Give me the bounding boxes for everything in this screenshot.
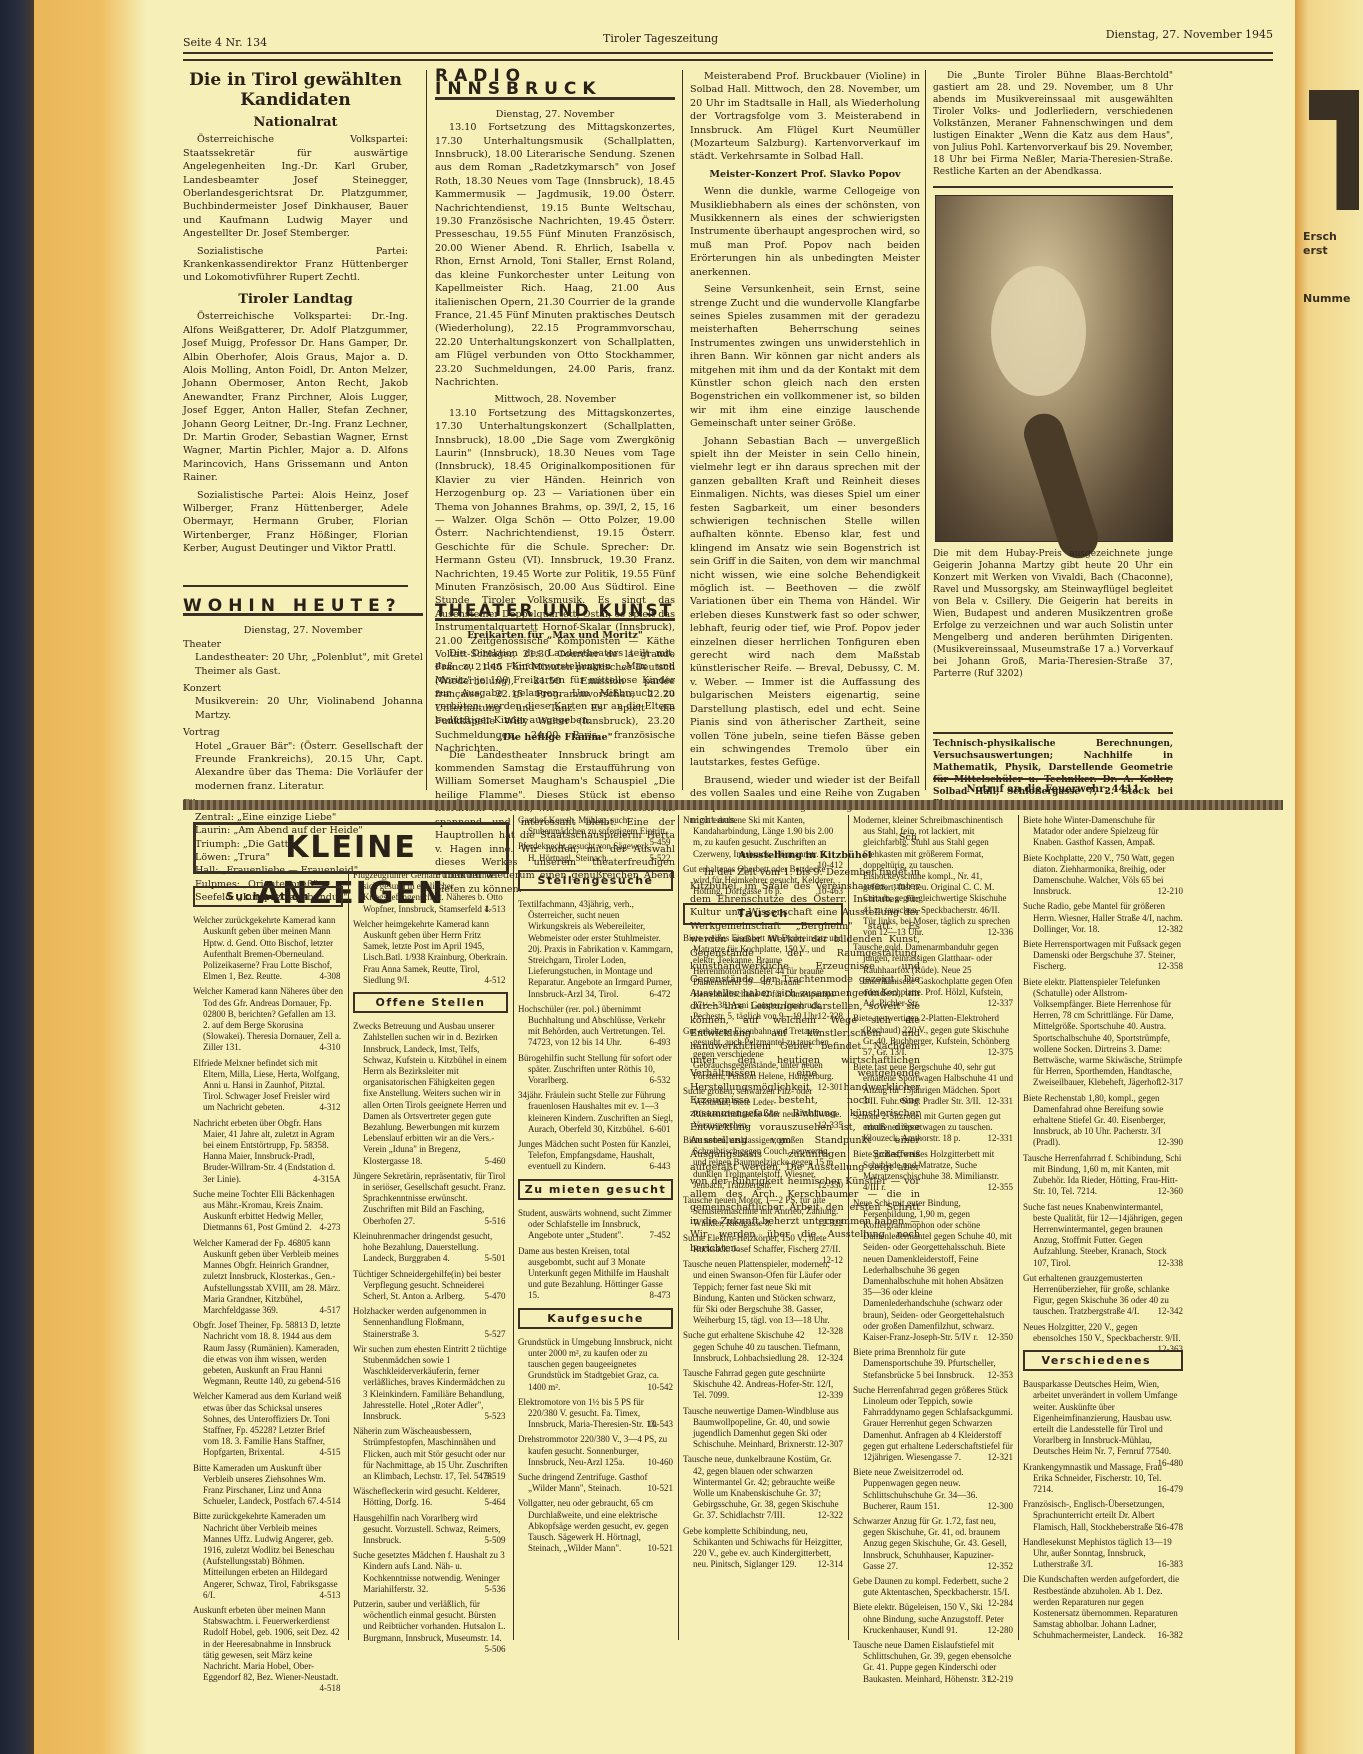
nationalrat-ovp: Österreichische Volkspartei: Staatssekre…	[183, 133, 408, 240]
classified-ad: Elfriede Melxner befindet sich mit Elter…	[193, 1058, 343, 1114]
classified-ad: Student, auswärts wohnend, sucht Zimmer …	[518, 1208, 673, 1242]
page-edge	[34, 0, 146, 1754]
classified-ad: Biete neuwertigen 2-Platten-Elektroherd …	[853, 1013, 1013, 1058]
classified-ad: Welcher zurückgekehrte Kamerad kann Ausk…	[193, 915, 343, 982]
classified-ad: Französisch-, Englisch-Übersetzungen, Sp…	[1023, 1499, 1183, 1533]
header-rule	[183, 52, 1273, 61]
landtag-ovp: Österreichische Volkspartei: Dr.-Ing. Al…	[183, 310, 408, 484]
classified-ad: Welcher Kamerad der Fp. 46805 kann Ausku…	[193, 1238, 343, 1316]
masthead-letter	[1309, 90, 1359, 210]
column-divider	[513, 815, 514, 1640]
classified-ad: Drehstrommotor 220/380 V., 3—4 PS, zu ka…	[518, 1434, 673, 1468]
classified-ad: Welcher Kamerad aus dem Kurland weiß etw…	[193, 1391, 343, 1458]
classified-ad: Tausche neuen Motor, 1—2 PS, für alte Sc…	[683, 1195, 843, 1229]
column-divider	[848, 815, 849, 1640]
emergency-number: Notruf an die Feuerwehr: 4411	[933, 783, 1173, 796]
section-box: Zu mieten gesucht	[518, 1179, 673, 1200]
classified-ad: Suche dringend Zentrifuge. Gasthof „Wild…	[518, 1472, 673, 1494]
classified-ad: Bausparkasse Deutsches Heim, Wien, arbei…	[1023, 1379, 1183, 1457]
section-box: Kaufgesuche	[518, 1308, 673, 1329]
classified-ad: Vollgatter, neu oder gebraucht, 65 cm Du…	[518, 1498, 673, 1554]
classified-ad: Biete Herrensportwagen mit Fußsack gegen…	[1023, 939, 1183, 973]
wohin-section-text: Landestheater: 20 Uhr, „Polenblut", mit …	[183, 651, 423, 678]
candidates-title: Die in Tirol gewählten Kandidaten	[183, 70, 408, 110]
column-divider	[682, 70, 683, 790]
ads-column-stellengesuche: Gasthof Koreth, Mühlau, sucht Stubenmädc…	[518, 815, 673, 1558]
popov-paragraph: Seine Versunkenheit, sein Ernst, seine s…	[690, 283, 920, 430]
classified-ad: Gasthof Koreth, Mühlau, sucht Stubenmädc…	[518, 815, 673, 837]
radio-day1-schedule: 13.10 Fortsetzung des Mittagskonzertes, …	[435, 121, 675, 389]
ads-column-verschiedenes: Biete hohe Winter-Damenschuhe für Matado…	[1023, 815, 1183, 1646]
nationalrat-heading: Nationalrat	[183, 116, 408, 129]
theater-title: THEATER UND KUNST	[435, 605, 675, 621]
landtag-spo: Sozialistische Partei: Alois Heinz, Jose…	[183, 489, 408, 556]
classified-ad: Nachricht erbeten über Obgfr. Hans Maier…	[193, 1118, 343, 1185]
bunte-text: Die „Bunte Tiroler Bühne Blaas-Berchtold…	[933, 70, 1173, 178]
classified-ad: Tausche neue, dunkelbraune Kostüm, Gr. 4…	[683, 1454, 843, 1521]
classified-ad: Biete elektr. Plattenspieler Telefunken …	[1023, 977, 1183, 1089]
classified-ad: Welcher heimgekehrte Kamerad kann Auskun…	[353, 919, 508, 986]
classified-ad: Neues Holzgitter, 220 V., gegen ebensolc…	[1023, 1322, 1183, 1344]
classified-ad: 34jähr. Fräulein sucht Stelle zur Führun…	[518, 1090, 673, 1135]
classified-ad: Schwarzer Anzug für Gr. 1.72, fast neu, …	[853, 1516, 1013, 1572]
classified-ad: Dame aus besten Kreisen, total ausgebomb…	[518, 1246, 673, 1302]
classified-ad: Suche Radio, gebe Mantel für größeren He…	[1023, 901, 1183, 935]
classified-ad: Suche meine Tochter Elli Bäckenhagen aus…	[193, 1189, 343, 1234]
violinist-photo	[935, 195, 1173, 542]
section-box: Stellengesuche	[518, 870, 673, 891]
popov-paragraph: Wenn die dunkle, warme Cellogeige von Mu…	[690, 185, 920, 279]
portrait-face	[991, 266, 1086, 396]
flamme-heading: „Die heilige Flamme"	[435, 731, 675, 744]
classified-ad: Nur gut erhaltene Ski mit Kanten, Kandah…	[683, 815, 843, 860]
freikarten-heading: Freikarten für „Max und Moritz"	[435, 629, 675, 642]
classified-ad: Obgfr. Josef Theiner, Fp. 58813 D, letzt…	[193, 1320, 343, 1387]
rule	[933, 732, 1173, 734]
page-header: Seite 4 Nr. 134 Tiroler Tageszeitung Die…	[183, 28, 1183, 48]
wohin-section-label: Theater	[183, 638, 423, 651]
masthead: Tiroler Tageszeitung	[603, 32, 718, 45]
radio-title: RADIO INNSBRUCK	[435, 70, 675, 100]
section-box: Offene Stellen	[353, 992, 508, 1013]
wohin-date: Dienstag, 27. November	[183, 624, 423, 637]
classified-ad: Biete weißes Eisenbett mit Drahteinsatz …	[683, 933, 843, 1023]
classified-ad: Biete neue Zweisitzerrodel od. Puppenwag…	[853, 1467, 1013, 1512]
classified-ad: Bitte Kameraden um Auskunft über Verblei…	[193, 1463, 343, 1508]
classified-ad: Suche Elektro-Heizkörper, 150 V., biete …	[683, 1233, 843, 1255]
classified-ad: Gut erhaltenen grauzgemusterten Herrenüb…	[1023, 1273, 1183, 1318]
classified-ad: Biete hohe Winter-Damenschuhe für Matado…	[1023, 815, 1183, 849]
classified-ad: Kleinuhrenmacher dringendst gesucht, hoh…	[353, 1231, 508, 1265]
classified-ad: Handlesekunst Mephistos täglich 13—19 Uh…	[1023, 1537, 1183, 1571]
classified-ad: Welcher Kamerad kann Näheres über den To…	[193, 986, 343, 1053]
classified-ad: Tausche neuwertige Damen-Windbluse aus B…	[683, 1406, 843, 1451]
classified-ad: Bitte zurückgekehrte Kameraden um Nachri…	[193, 1511, 343, 1601]
classified-ad: Flugzeugführer Gerhard Thiem befindet si…	[353, 870, 508, 915]
classified-ad: Gut erhaltenes Oberbett oder Bettdecke w…	[683, 864, 843, 898]
classified-ad: Elektromotore von 1½ bis 5 PS für 220/38…	[518, 1397, 673, 1431]
caption-text: Die mit dem Hubay-Preis ausgezeichnete j…	[933, 548, 1173, 680]
martzy-caption: Die mit dem Hubay-Preis ausgezeichnete j…	[933, 548, 1173, 684]
bunte-notice: Die „Bunte Tiroler Bühne Blaas-Berchtold…	[933, 70, 1173, 182]
rule	[933, 778, 1173, 780]
classified-ad: Hausgehilfin nach Vorarlberg wird gesuch…	[353, 1513, 508, 1547]
popov-heading: Meister-Konzert Prof. Slavko Popov	[690, 168, 920, 181]
rule	[933, 186, 1173, 188]
classified-ad: Tüchtiger Schneidergehilfe(in) bei beste…	[353, 1269, 508, 1303]
ads-column-offene-stellen: Flugzeugführer Gerhard Thiem befindet si…	[353, 870, 508, 1655]
classified-ad: Gebe komplette Schibindung, neu, Schikan…	[683, 1526, 843, 1571]
classifieds-title: KLEINE ANZEIGEN	[193, 822, 509, 874]
classified-ad: Wäschefleckerin wird gesucht. Kelderer, …	[353, 1486, 508, 1508]
classified-ad: Tausche neuen Plattenspieler, modernen, …	[683, 1259, 843, 1326]
popov-paragraph: Johann Sebastian Bach — unvergeßlich spi…	[690, 435, 920, 770]
classified-ad: Tausche Fahrrad gegen gute geschnürte Sk…	[683, 1368, 843, 1402]
facing-page: Ersch erst Numme	[1295, 0, 1363, 1754]
classified-ad: Jüngere Sekretärin, repräsentativ, für T…	[353, 1171, 508, 1227]
classified-ad: Die Kundschaften werden aufgefordert, di…	[1023, 1574, 1183, 1641]
classified-ad: Tausche neue Damen Eislaufstiefel mit Sc…	[853, 1640, 1013, 1685]
book-binding	[0, 0, 34, 1754]
wohin-section-label: Konzert	[183, 682, 423, 695]
facing-text-3: Numme	[1303, 292, 1350, 306]
classified-ad: Textilfachmann, 43jährig, verh., Österre…	[518, 899, 673, 1000]
wohin-title: WOHIN HEUTE?	[183, 600, 423, 616]
bruckbauer-notice: Meisterabend Prof. Bruckbauer (Violine) …	[690, 70, 920, 164]
classified-ad: Zwecks Betreuung und Ausbau unserer Zahl…	[353, 1021, 508, 1167]
classified-ad: Putzerin, sauber und verläßlich, für wöc…	[353, 1599, 508, 1644]
wohin-section-text: Musikverein: 20 Uhr, Violinabend Johanna…	[183, 695, 423, 722]
violin-icon	[1019, 408, 1103, 563]
wohin-section-label: Vortrag	[183, 726, 423, 739]
ads-column-tausch-2: Moderner, kleiner Schreibmaschinentisch …	[853, 815, 1013, 1689]
classified-ad: Gebe Daunen zu kompl. Federbett, suche 2…	[853, 1576, 1013, 1598]
classified-ad: Suche fast neues Knabenwintermantel, bes…	[1023, 1202, 1183, 1269]
classified-ad: Suche gesetztes Mädchen f. Haushalt zu 3…	[353, 1550, 508, 1595]
classified-ad: Tausche gold. Damenarmbanduhr gegen jung…	[853, 942, 1013, 1009]
classified-ad: Suche Herrenfahrrad gegen größeres Stück…	[853, 1385, 1013, 1463]
newspaper-page: Seite 4 Nr. 134 Tiroler Tageszeitung Die…	[183, 0, 1183, 1754]
classified-ad: Näherin zum Wäscheausbessern, Strümpfest…	[353, 1426, 508, 1482]
nationalrat-spo: Sozialistische Partei: Krankenkassendire…	[183, 245, 408, 285]
column-divider	[348, 870, 349, 1640]
section-box: Tausch	[683, 903, 843, 924]
classified-ad: Biete fast neue Bergschuhe 40, sehr gut …	[853, 1062, 1013, 1107]
classified-ad: Krankengymnastik und Massage, Frau Erika…	[1023, 1462, 1183, 1496]
column-divider	[1018, 815, 1019, 1640]
radio-day2: Mittwoch, 28. November	[435, 393, 675, 406]
classified-ad: Grundstück in Umgebung Innsbruck, nicht …	[518, 1337, 673, 1393]
classified-ad: Gut erhaltene Eisenbahn und Tretauto ges…	[683, 1026, 843, 1082]
wohin-section-text: Hotel „Grauer Bär": (Österr. Gesellschaf…	[183, 740, 423, 794]
classified-ad: Neue Schi mit guter Bindung, Fersenbildu…	[853, 1198, 1013, 1344]
classified-ad: Biete großes, weißes Holzgitterbett mit …	[853, 1149, 1013, 1194]
section-box: Suchaktion	[193, 886, 343, 907]
classified-ad: Tausche Herrenfahrrad f. Schibindung, Sc…	[1023, 1153, 1183, 1198]
classified-ad: Moderner, kleiner Schreibmaschinentisch …	[853, 815, 1013, 938]
ads-column-suchaktion: Suchaktion Welcher zurückgekehrte Kamera…	[193, 880, 343, 1695]
candidates-article: Die in Tirol gewählten Kandidaten Nation…	[183, 70, 408, 560]
classified-ad: Auskunft erbeten über meinen Mann Stabsw…	[193, 1605, 343, 1683]
classified-ad: Junges Mädchen sucht Posten für Kanzlei,…	[518, 1139, 673, 1173]
page-number: Seite 4 Nr. 134	[183, 36, 267, 49]
issue-date: Dienstag, 27. November 1945	[1106, 28, 1273, 41]
facing-text-2: erst	[1303, 244, 1328, 258]
ads-column-tausch: Nur gut erhaltene Ski mit Kanten, Kandah…	[683, 815, 843, 1574]
classified-ad: Biete Kochplatte, 220 V., 750 Watt, gege…	[1023, 853, 1183, 898]
classified-ad: Holzhacker werden aufgenommen in Sennenh…	[353, 1306, 508, 1340]
wave-divider	[183, 585, 408, 587]
classified-ad: Biete prima Brennholz für gute Damenspor…	[853, 1347, 1013, 1381]
classified-ad: Schöne 2-Sitzrodel mit Gurten gegen gut …	[853, 1111, 1013, 1145]
column-divider	[426, 70, 427, 790]
classified-ad: Biete neuen, ersklassigen, großen Schrei…	[683, 1135, 843, 1191]
radio-day1: Dienstag, 27. November	[435, 108, 675, 121]
classified-ad: Wir suchen zum ehesten Eintritt 2 tüchti…	[353, 1344, 508, 1422]
classified-ad: Bürogehilfin sucht Stellung für sofort o…	[518, 1053, 673, 1087]
ads-divider	[183, 800, 1283, 810]
landtag-heading: Tiroler Landtag	[183, 293, 408, 306]
column-divider	[925, 70, 926, 790]
freikarten-text: Die Direktion des Landestheaters teilt m…	[435, 647, 675, 727]
classified-ad: Biete Rechenstab 1,80, kompl., gegen Dam…	[1023, 1093, 1183, 1149]
facing-text-1: Ersch	[1303, 230, 1337, 244]
classified-ad: Hochschüler (rer. pol.) übernimmt Buchha…	[518, 1004, 673, 1049]
column-divider	[678, 815, 679, 1640]
